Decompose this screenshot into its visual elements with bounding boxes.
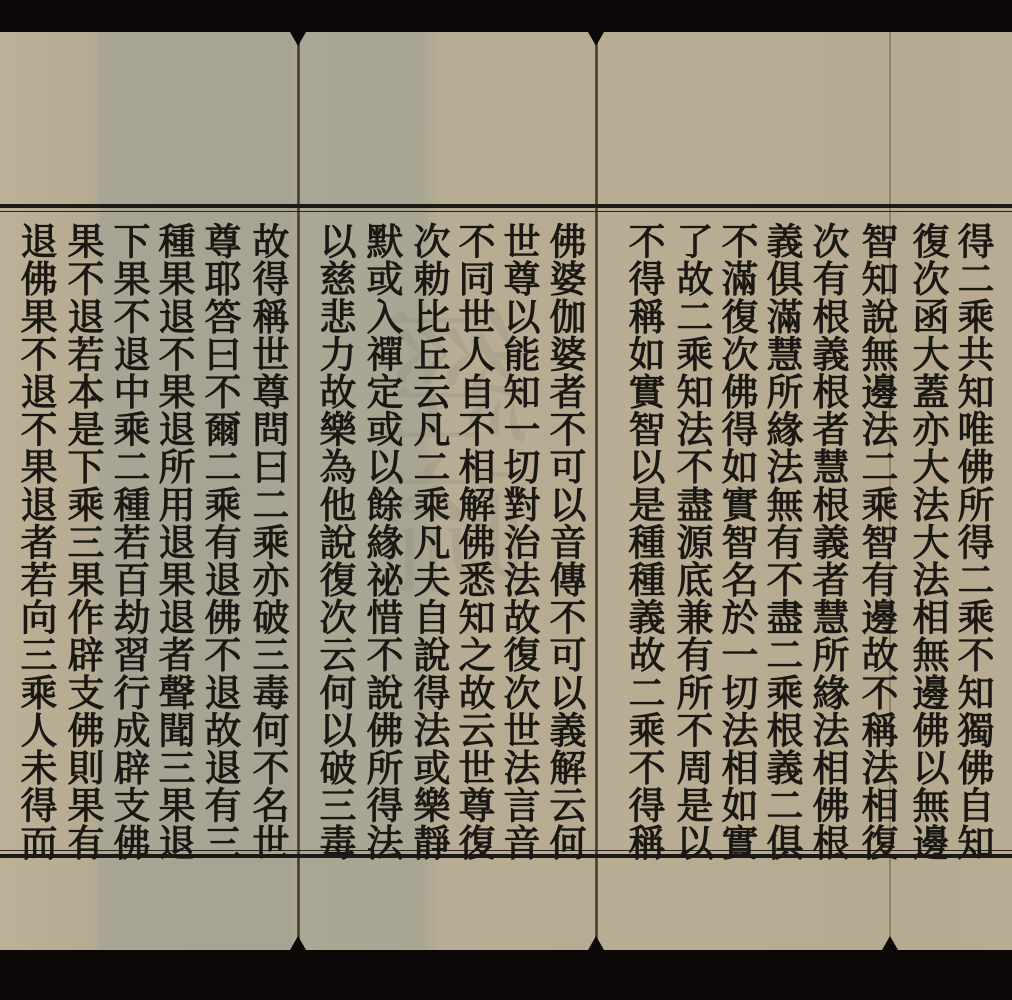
text-column: 退佛果不退不果退者若向三乘人未得而 (14, 222, 58, 861)
text-column: 下果不退中乘二種若百劫習行成辟支佛 (107, 222, 151, 861)
text-column: 佛婆伽婆者不可以音傳不可以義解云何 (543, 222, 587, 861)
text-column: 故得稱世尊問曰二乘亦破三毒何不名世 (246, 222, 290, 861)
text-column: 默或入禪定或以餘緣祕惜不說佛所得法 (360, 222, 404, 861)
text-column: 不滿復次佛得如實智名於一切法相如實 (715, 222, 759, 861)
text-column: 𠀀 (1000, 222, 1012, 260)
fold-notch (290, 936, 306, 950)
frame-top-border (0, 204, 1012, 212)
text-column: 次勅比丘云凡二乘凡夫自說得法或樂靜 (407, 222, 451, 861)
text-column: 了故二乘知法不盡源底兼有所不周是以 (670, 222, 714, 861)
text-column: 果不退若本是下乘三果作辟支佛則果有 (61, 222, 105, 861)
text-column: 次有根義根者慧根義者慧所緣法相佛根 (806, 222, 850, 861)
text-column: 得二乘共知唯佛所得二乘不知獨佛自知 (951, 222, 995, 861)
text-column: 不得稱如實智以是種種義故二乘不得稱 (622, 222, 666, 861)
fold-notch (882, 936, 898, 950)
text-column: 尊耶答曰不爾二乘有退佛不退故退有三 (198, 222, 242, 861)
text-column: 世尊以能知一切對治法故復次世法言音 (497, 222, 541, 861)
text-column: 義俱滿慧所緣法無有不盡二乘根義二俱 (760, 222, 804, 861)
text-block: 𠀀 得二乘共知唯佛所得二乘不知獨佛自知 復次函大蓋亦大法大法相無邊佛以無邊 智知… (0, 212, 1012, 852)
text-column: 復次函大蓋亦大法大法相無邊佛以無邊 (906, 222, 950, 861)
text-column: 種果退不果退所用退果退者聲聞三果退 (152, 222, 196, 861)
fold-notch (588, 32, 604, 46)
fold-notch (588, 936, 604, 950)
text-column: 以慈悲力故樂為他說復次云何以破三毒 (313, 222, 357, 861)
text-column: 智知說無邊法二乘智有邊故不稱法相復 (855, 222, 899, 861)
scanned-page: 經疏 𠀀 得二乘共知唯佛所得二乘不知獨佛自知 復次函大蓋亦大法大法相無邊佛以無邊… (0, 32, 1012, 950)
text-column: 不同世人自不相解佛悉知之故云世尊復 (452, 222, 496, 861)
fold-notch (290, 32, 306, 46)
